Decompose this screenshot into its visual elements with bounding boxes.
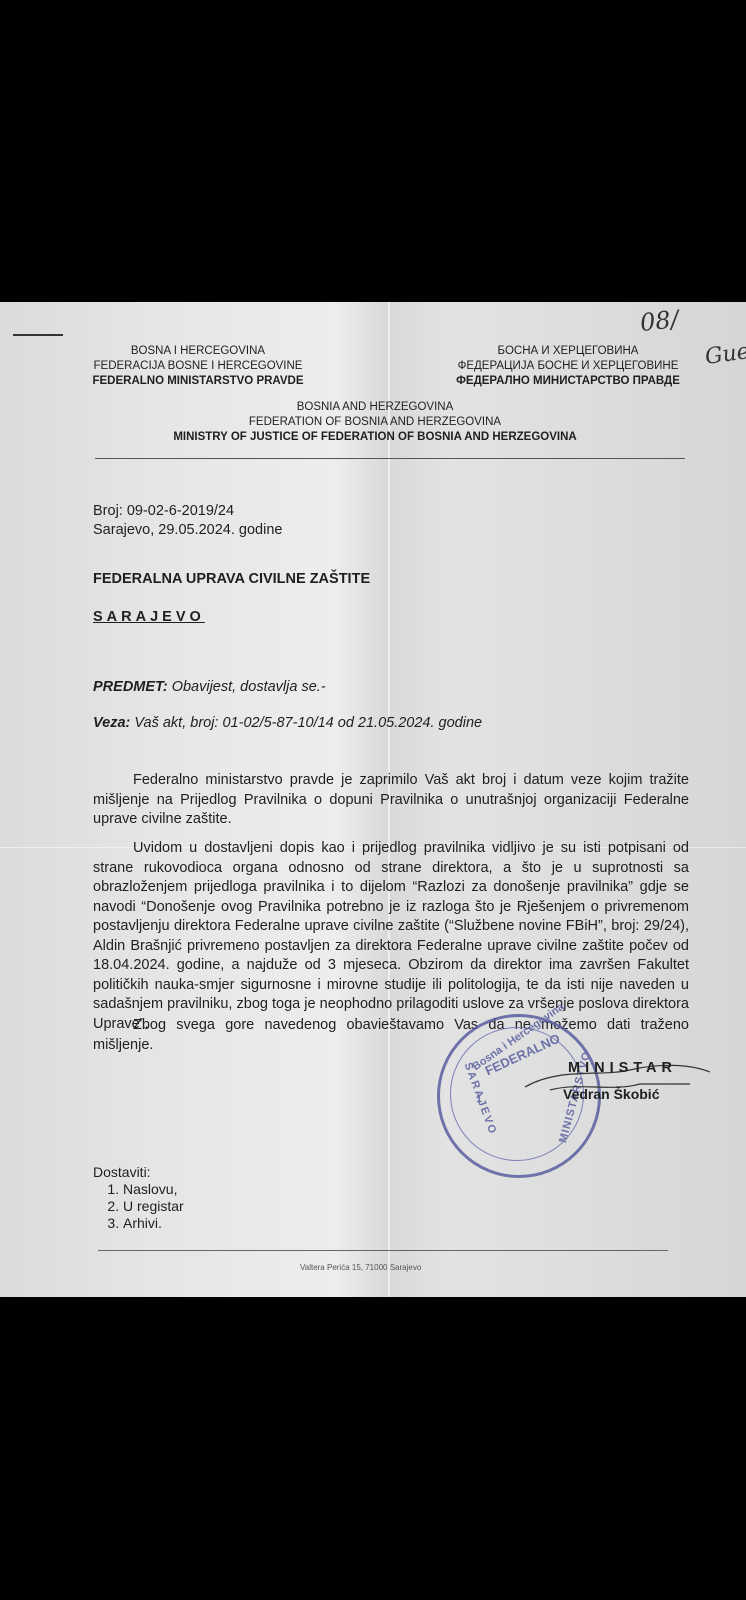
- subject-text: Obavijest, dostavlja se.-: [172, 679, 326, 695]
- header-federation-cyr: ФЕДЕРАЦИЈА БОСНЕ И ХЕРЦЕГОВИНЕ: [448, 359, 688, 374]
- distribution-item: Naslovu,: [123, 1181, 184, 1198]
- recipient-name: FEDERALNA UPRAVA CIVILNE ZAŠTITE: [93, 570, 370, 589]
- footer-address: Valtera Perića 15, 71000 Sarajevo: [300, 1263, 421, 1272]
- stamp-number: 1: [476, 1093, 482, 1105]
- header-federation-en: FEDERATION OF BOSNIA AND HERZEGOVINA: [150, 415, 600, 430]
- signatory-title: MINISTAR: [568, 1060, 677, 1076]
- header-ministry: FEDERALNO MINISTARSTVO PRAVDE: [88, 374, 308, 389]
- handwritten-number: 08/: [639, 305, 680, 337]
- document-number: Broj: 09-02-6-2019/24: [93, 502, 282, 521]
- recipient-city: SARAJEVO: [93, 608, 205, 627]
- distribution-item: U registar: [123, 1198, 184, 1215]
- handwritten-initials: Gue: [703, 339, 746, 370]
- reference-line: Veza: Vaš akt, broj: 01-02/5-87-10/14 od…: [93, 714, 482, 733]
- header-divider: [95, 458, 685, 459]
- header-country: BOSNA I HERCEGOVINA: [88, 344, 308, 359]
- body-paragraph-2-text: Uvidom u dostavljeni dopis kao i prijedl…: [93, 840, 689, 1032]
- distribution-list: Dostaviti: Naslovu, U registar Arhivi.: [93, 1164, 184, 1232]
- body-paragraph-1-text: Federalno ministarstvo pravde je zaprimi…: [93, 772, 689, 827]
- document-meta: Broj: 09-02-6-2019/24 Sarajevo, 29.05.20…: [93, 502, 282, 540]
- signatory-name: Vedran Škobić: [563, 1086, 659, 1102]
- body-paragraph-2: Uvidom u dostavljeni dopis kao i prijedl…: [93, 839, 689, 1034]
- body-paragraph-1: Federalno ministarstvo pravde je zaprimi…: [93, 771, 689, 830]
- distribution-item: Arhivi.: [123, 1215, 184, 1232]
- header-cyrillic: БОСНА И ХЕРЦЕГОВИНА ФЕДЕРАЦИЈА БОСНЕ И Х…: [448, 344, 688, 389]
- reference-text: Vaš akt, broj: 01-02/5-87-10/14 od 21.05…: [134, 715, 482, 731]
- body-paragraph-3: Zbog svega gore navedenog obavieštavamo …: [93, 1016, 689, 1055]
- header-english: BOSNIA AND HERZEGOVINA FEDERATION OF BOS…: [150, 400, 600, 445]
- header-ministry-en: MINISTRY OF JUSTICE OF FEDERATION OF BOS…: [150, 430, 600, 445]
- document-date: Sarajevo, 29.05.2024. godine: [93, 521, 282, 540]
- header-latin: BOSNA I HERCEGOVINA FEDERACIJA BOSNE I H…: [88, 344, 308, 389]
- header-country-cyr: БОСНА И ХЕРЦЕГОВИНА: [448, 344, 688, 359]
- recipient-city-text: SARAJEVO: [93, 609, 205, 625]
- subject-line: PREDMET: Obavijest, dostavlja se.-: [93, 678, 326, 697]
- distribution-label: Dostaviti:: [93, 1164, 184, 1181]
- subject-label: PREDMET:: [93, 679, 168, 695]
- footer-divider: [98, 1250, 668, 1251]
- reference-label: Veza:: [93, 715, 130, 731]
- header-federation: FEDERACIJA BOSNE I HERCEGOVINE: [88, 359, 308, 374]
- letter-page: BOSNA I HERCEGOVINA FEDERACIJA BOSNE I H…: [0, 302, 746, 1297]
- header-ministry-cyr: ФЕДЕРАЛНО МИНИСТАРСТВО ПРАВДЕ: [448, 374, 688, 389]
- body-paragraph-3-text: Zbog svega gore navedenog obavieštavamo …: [93, 1017, 689, 1053]
- margin-mark: [13, 334, 63, 336]
- header-country-en: BOSNIA AND HERZEGOVINA: [150, 400, 600, 415]
